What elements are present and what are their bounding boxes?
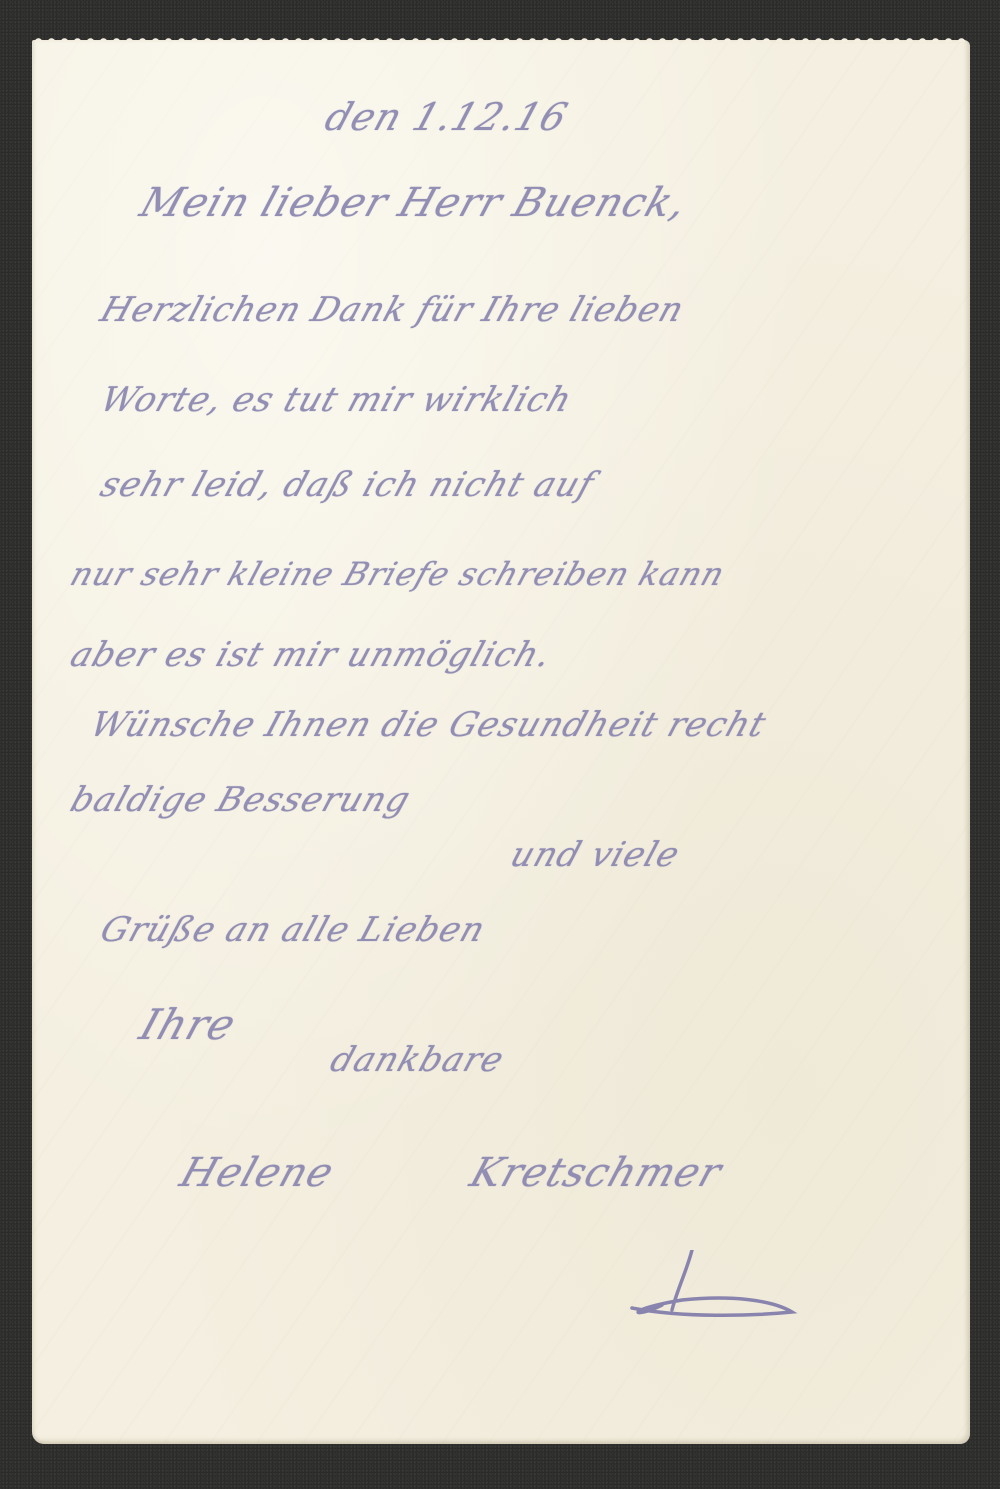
letter-salutation: Mein lieber Herr Buenck,: [135, 180, 694, 226]
letter-line-8: und viele: [506, 835, 686, 875]
letter-closing-1: Ihre: [134, 1000, 242, 1049]
letter-line-3: sehr leid, daß ich nicht auf: [96, 465, 600, 505]
letter-line-7: baldige Besserung: [66, 780, 416, 820]
letter-line-9: Grüße an alle Lieben: [96, 910, 491, 950]
letter-date: den 1.12.16: [320, 95, 574, 139]
letter-line-2: Worte, es tut mir wirklich: [96, 380, 578, 420]
letter-closing-2: dankbare: [326, 1040, 510, 1080]
signature-flourish-icon: [622, 1250, 822, 1330]
letter-line-6: Wünsche Ihnen die Gesundheit recht: [86, 705, 772, 745]
signature-first-name: Helene: [175, 1150, 340, 1196]
postcard: den 1.12.16 Mein lieber Herr Buenck, Her…: [32, 40, 970, 1444]
letter-line-4: nur sehr kleine Briefe schreiben kann: [66, 555, 730, 593]
letter-line-5: aber es ist mir unmöglich.: [66, 635, 557, 675]
signature-last-name: Kretschmer: [465, 1150, 728, 1196]
letter-line-1: Herzlichen Dank für Ihre lieben: [96, 290, 690, 330]
perforated-edge: [32, 34, 970, 42]
